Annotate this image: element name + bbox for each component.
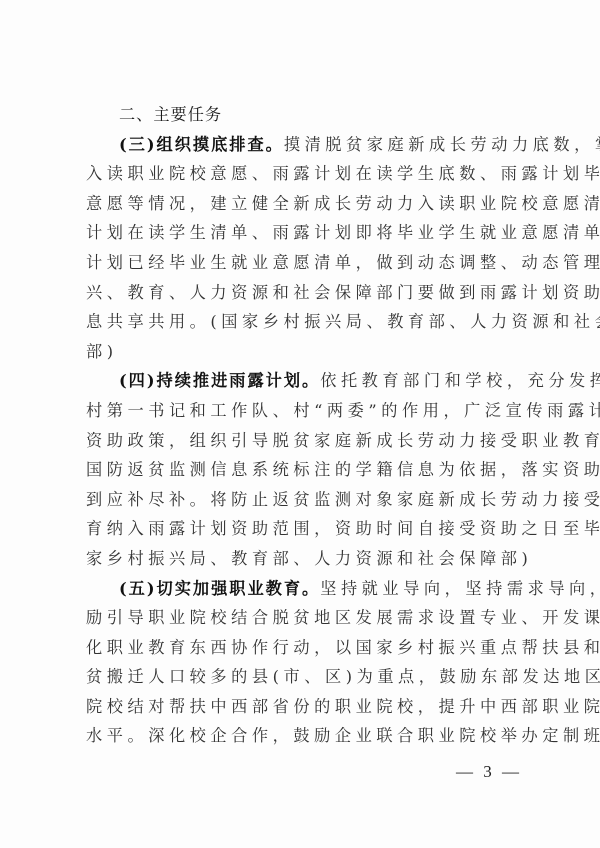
paragraph-3-first-line: (三)组织摸底排查。摸清脱贫家庭新成长劳动力底数，掌握 — [86, 130, 526, 160]
paragraph-5-heading: (五)切实加强职业教育。 — [119, 579, 320, 598]
paragraph-4-line: 育纳入雨露计划资助范围，资助时间自接受资助之日至毕业。(国 — [86, 514, 526, 544]
paragraph-3-line-0: 摸清脱贫家庭新成长劳动力底数，掌握 — [284, 135, 600, 154]
paragraph-4-line: 到应补尽补。将防止返贫监测对象家庭新成长劳动力接受职业教 — [86, 485, 526, 515]
paragraph-5-first-line: (五)切实加强职业教育。坚持就业导向，坚持需求导向，鼓 — [86, 574, 526, 604]
paragraph-4-line: 村第一书记和工作队、村“两委”的作用，广泛宣传雨露计划，解读 — [86, 396, 526, 426]
paragraph-5-line: 贫搬迁人口较多的县(市、区)为重点，鼓励东部发达地区的职业 — [86, 662, 526, 692]
paragraph-4-first-line: (四)持续推进雨露计划。依托教育部门和学校，充分发挥驻 — [86, 366, 526, 396]
paragraph-3-line: 计划在读学生清单、雨露计划即将毕业学生就业意愿清单和雨露 — [86, 218, 526, 248]
document-page: 二、主要任务 (三)组织摸底排查。摸清脱贫家庭新成长劳动力底数，掌握 入读职业院… — [0, 0, 600, 848]
paragraph-3-line: 意愿等情况，建立健全新成长劳动力入读职业院校意愿清单、雨露 — [86, 189, 526, 219]
paragraph-3-heading: (三)组织摸底排查。 — [119, 135, 284, 154]
page-number: — 3 — — [456, 762, 522, 782]
paragraph-4-line: 资助政策，组织引导脱贫家庭新成长劳动力接受职业教育。以全 — [86, 426, 526, 456]
paragraph-3-line: 息共享共用。(国家乡村振兴局、教育部、人力资源和社会保障 — [86, 307, 526, 337]
paragraph-5-line: 化职业教育东西协作行动，以国家乡村振兴重点帮扶县和易地扶 — [86, 633, 526, 663]
paragraph-4-line: 国防返贫监测信息系统标注的学籍信息为依据，落实资助政策，做 — [86, 455, 526, 485]
paragraph-4-line-0: 依托教育部门和学校，充分发挥驻 — [320, 371, 600, 390]
paragraph-5-line: 院校结对帮扶中西部省份的职业院校，提升中西部职业院校办学 — [86, 692, 526, 722]
paragraph-5-line: 励引导职业院校结合脱贫地区发展需求设置专业、开发课程。深 — [86, 603, 526, 633]
document-body: 二、主要任务 (三)组织摸底排查。摸清脱贫家庭新成长劳动力底数，掌握 入读职业院… — [86, 100, 526, 751]
paragraph-5-line: 水平。深化校企合作，鼓励企业联合职业院校举办定制班、定向 — [86, 721, 526, 751]
paragraph-5-line-0: 坚持就业导向，坚持需求导向，鼓 — [320, 579, 600, 598]
paragraph-3-line: 入读职业院校意愿、雨露计划在读学生底数、雨露计划毕业生就业 — [86, 159, 526, 189]
section-title: 二、主要任务 — [86, 100, 526, 130]
paragraph-4-line: 家乡村振兴局、教育部、人力资源和社会保障部) — [86, 544, 526, 574]
paragraph-3-line: 兴、教育、人力资源和社会保障部门要做到雨露计划资助的学生信 — [86, 278, 526, 308]
paragraph-4-heading: (四)持续推进雨露计划。 — [119, 371, 320, 390]
paragraph-3-line: 部) — [86, 337, 526, 367]
paragraph-3-line: 计划已经毕业生就业意愿清单，做到动态调整、动态管理。乡村振 — [86, 248, 526, 278]
